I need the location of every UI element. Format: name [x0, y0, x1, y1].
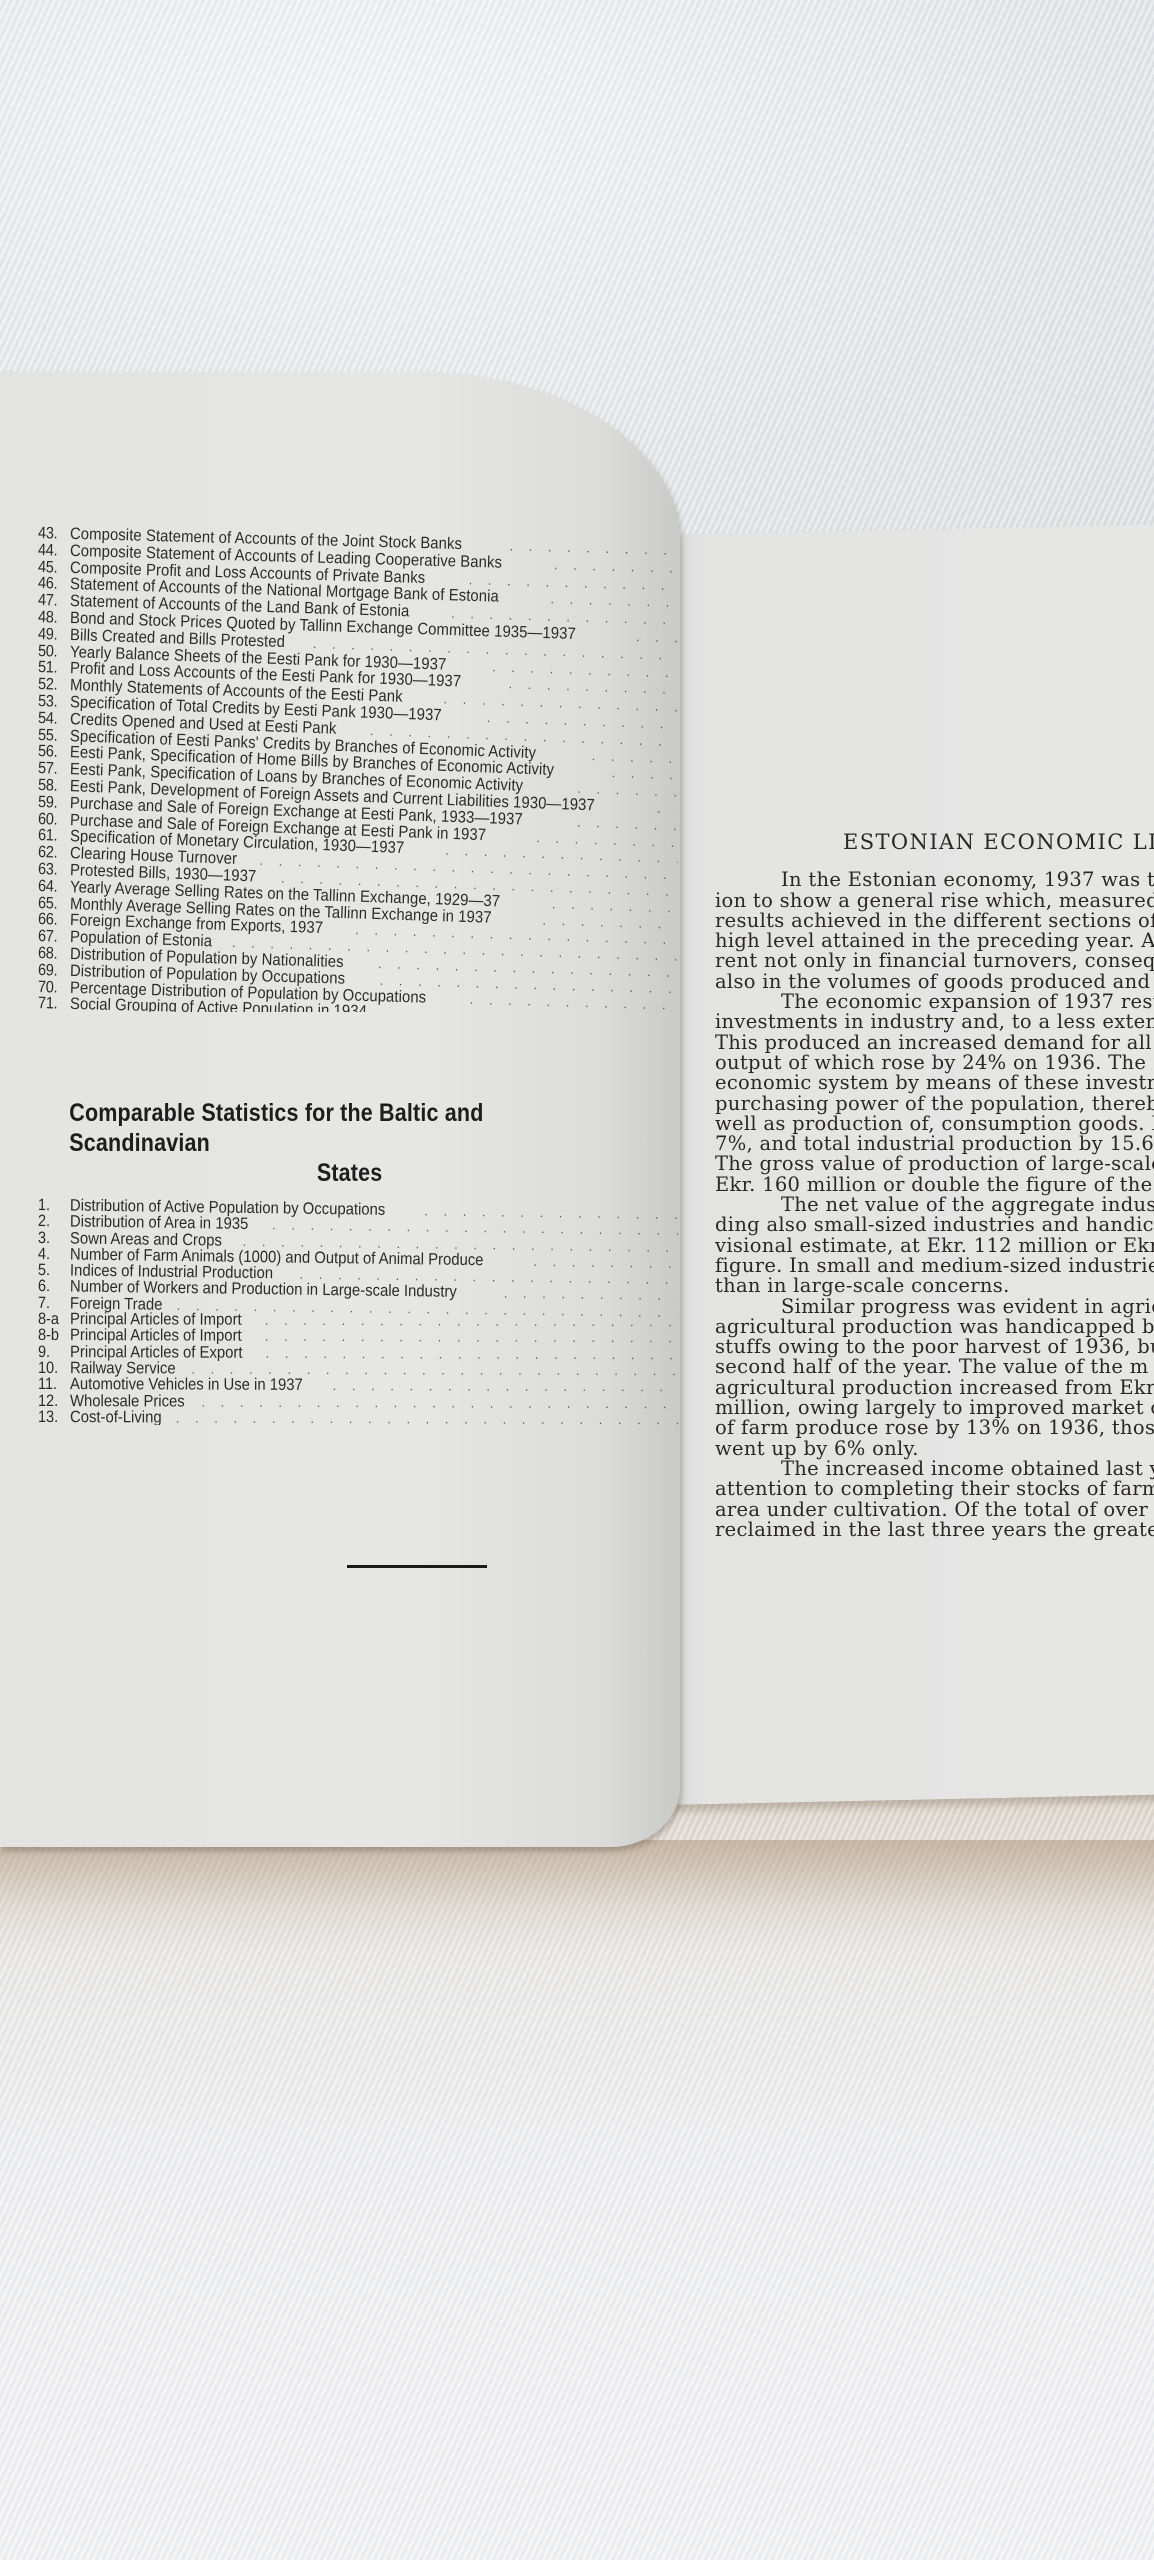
right-page-text: ESTONIAN ECONOMIC LI In the Estonian eco…: [715, 820, 1154, 1540]
toc-entry-number: 71.: [38, 995, 66, 1012]
text-line: The net value of the aggregate industria: [715, 1195, 1154, 1215]
text-line: agricultural production increased from E…: [715, 1378, 1154, 1398]
text-line: attention to completing their stocks of …: [715, 1479, 1154, 1499]
toc-entry-number: 49.: [38, 626, 66, 644]
toc-entry-number: 53.: [38, 693, 66, 711]
toc-entry-title: Principal Articles of Export: [70, 1344, 243, 1361]
toc-entry-number: 7.: [38, 1295, 66, 1312]
text-line: visional estimate, at Ekr. 112 million o…: [715, 1236, 1154, 1256]
toc-list-continued: 43.Composite Statement of Accounts of th…: [38, 525, 678, 1012]
text-line: million, owing largely to improved marke…: [715, 1398, 1154, 1418]
text-line: well as production of, consumption goods…: [715, 1114, 1154, 1134]
text-line: figure. In small and medium-sized indust…: [715, 1256, 1154, 1276]
toc-entry-title: Wholesale Prices: [70, 1393, 185, 1410]
toc-entry-number: 44.: [38, 542, 66, 560]
text-line: economic system by means of these invest…: [715, 1073, 1154, 1093]
chapter-title: ESTONIAN ECONOMIC LI: [715, 832, 1154, 852]
toc-entry-number: 10.: [38, 1360, 66, 1376]
toc-entry-number: 11.: [38, 1376, 66, 1392]
text-line: also in the volumes of goods produced an…: [715, 972, 1154, 992]
text-line: than in large-scale concerns.: [715, 1276, 1154, 1296]
text-line: went up by 6% only.: [715, 1439, 1154, 1459]
leader-dots: . . . . . . . . . . . . . . . . . . . . …: [632, 629, 678, 647]
toc-entry-number: 48.: [38, 609, 66, 627]
toc-list-comparable: 1.Distribution of Active Population by O…: [38, 1197, 678, 1425]
section-heading-line2: States: [40, 1158, 590, 1188]
toc-entry-number: 43.: [38, 525, 66, 543]
text-line: reclaimed in the last three years the gr…: [715, 1520, 1154, 1540]
toc-entry-number: 69.: [38, 962, 66, 980]
toc-entry-number: 64.: [38, 878, 66, 896]
text-line: output of which rose by 24% on 1936. The: [715, 1053, 1154, 1073]
text-line: Ekr. 160 million or double the figure of…: [715, 1175, 1154, 1195]
text-line: Similar progress was evident in agricult…: [715, 1297, 1154, 1317]
toc-entry-number: 13.: [38, 1409, 66, 1425]
text-line: investments in industry and, to a less e…: [715, 1012, 1154, 1032]
toc-entry-number: 68.: [38, 945, 66, 963]
text-line: second half of the year. The value of th…: [715, 1357, 1154, 1377]
toc-entry-number: 12.: [38, 1393, 66, 1409]
text-line: agricultural production was handicapped …: [715, 1317, 1154, 1337]
body-paragraphs: In the Estonian economy, 1937 was the fi…: [715, 870, 1154, 1540]
toc-entry-number: 58.: [38, 777, 66, 795]
text-line: The increased income obtained last yea: [715, 1459, 1154, 1479]
text-line: ding also small-sized industries and han…: [715, 1215, 1154, 1235]
section-heading: Comparable Statistics for the Baltic and…: [40, 1098, 590, 1188]
toc-entry-number: 63.: [38, 861, 66, 879]
text-line: The gross value of production of large-s…: [715, 1154, 1154, 1174]
text-line: ion to show a general rise which, measur…: [715, 891, 1154, 911]
book-shadow: [0, 1840, 1154, 1950]
toc-entry-title: Cost-of-Living: [70, 1409, 162, 1425]
text-line: stuffs owing to the poor harvest of 1936…: [715, 1337, 1154, 1357]
text-line: This produced an increased demand for al…: [715, 1033, 1154, 1053]
text-line: In the Estonian economy, 1937 was the f: [715, 870, 1154, 890]
leader-dots: . . . . . . . . . . . . . . . . . . . . …: [329, 1378, 678, 1396]
text-line: area under cultivation. Of the total of …: [715, 1500, 1154, 1520]
toc-entry-number: 54.: [38, 710, 66, 728]
toc-entry-title: Automotive Vehicles in Use in 1937: [70, 1376, 303, 1393]
toc-entry-number: 9.: [38, 1344, 66, 1360]
toc-entry-number: 8-b: [38, 1327, 66, 1343]
horizontal-rule: [347, 1565, 487, 1568]
text-line: results achieved in the different sectio…: [715, 911, 1154, 931]
toc-entry-number: 6.: [38, 1278, 66, 1295]
section-heading-line1: Comparable Statistics for the Baltic and…: [40, 1098, 590, 1158]
toc-entry-number: 59.: [38, 794, 66, 812]
leader-dots: . . . . . . . . . . . . . . . . . . . . …: [172, 1410, 678, 1425]
toc-entry-number: 8-a: [38, 1311, 66, 1327]
text-line: high level attained in the preceding yea…: [715, 931, 1154, 951]
toc-entry-title: Principal Articles of Import: [70, 1327, 242, 1344]
text-line: 7%, and total industrial production by 1…: [715, 1134, 1154, 1154]
toc-entry-number: 3.: [38, 1230, 66, 1247]
text-line: of farm produce rose by 13% on 1936, tho…: [715, 1418, 1154, 1438]
toc-entry-number: 2.: [38, 1213, 66, 1230]
text-line: purchasing power of the population, ther…: [715, 1094, 1154, 1114]
text-line: The economic expansion of 1937 rest: [715, 992, 1154, 1012]
toc-entry: 13.Cost-of-Living. . . . . . . . . . . .…: [38, 1409, 678, 1425]
text-line: rent not only in financial turnovers, co…: [715, 951, 1154, 971]
